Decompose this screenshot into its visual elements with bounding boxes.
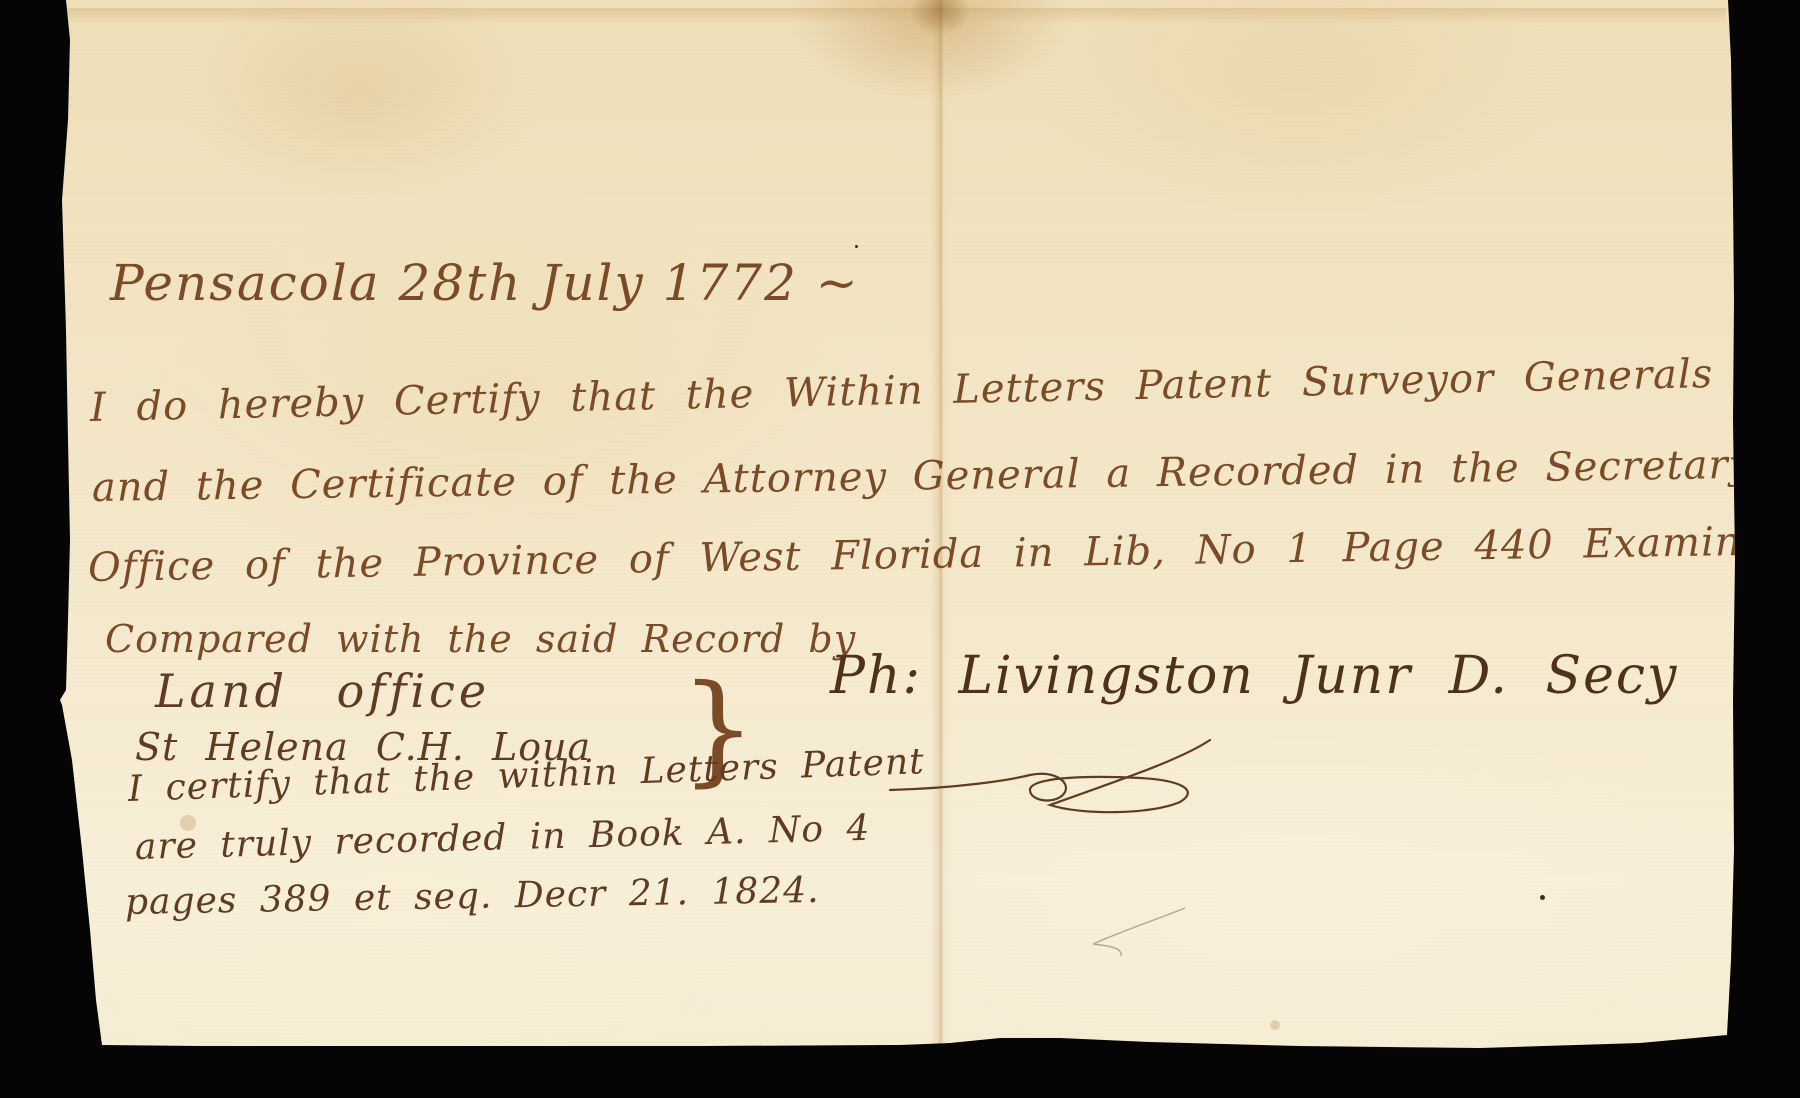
signature-flourish — [880, 720, 1260, 830]
ink-speck — [1540, 895, 1545, 900]
top-fold-shadow — [66, 8, 1726, 24]
pencil-mark — [1085, 900, 1195, 960]
recording-note-line-2: are truly recorded in Book A. No 4 — [135, 811, 871, 866]
manuscript-paper: Pensacola 28th July 1772 ~ I do hereby C… — [0, 0, 1800, 1098]
signature: Ph: Livingston Junr D. Secy — [830, 650, 1678, 702]
center-fold-crease — [930, 0, 952, 1046]
top-tear-stain — [900, 0, 980, 70]
foxing-spot — [1270, 1020, 1280, 1030]
recording-note-line-3: pages 389 et seq. Decr 21. 1824. — [125, 873, 820, 921]
photo-stage: Pensacola 28th July 1772 ~ I do hereby C… — [0, 0, 1800, 1098]
document-heading-date: Pensacola 28th July 1772 ~ — [110, 258, 860, 308]
body-line-4: Compared with the said Record by — [105, 620, 856, 658]
ink-speck — [855, 245, 858, 248]
land-office-label: Land office — [155, 668, 490, 714]
